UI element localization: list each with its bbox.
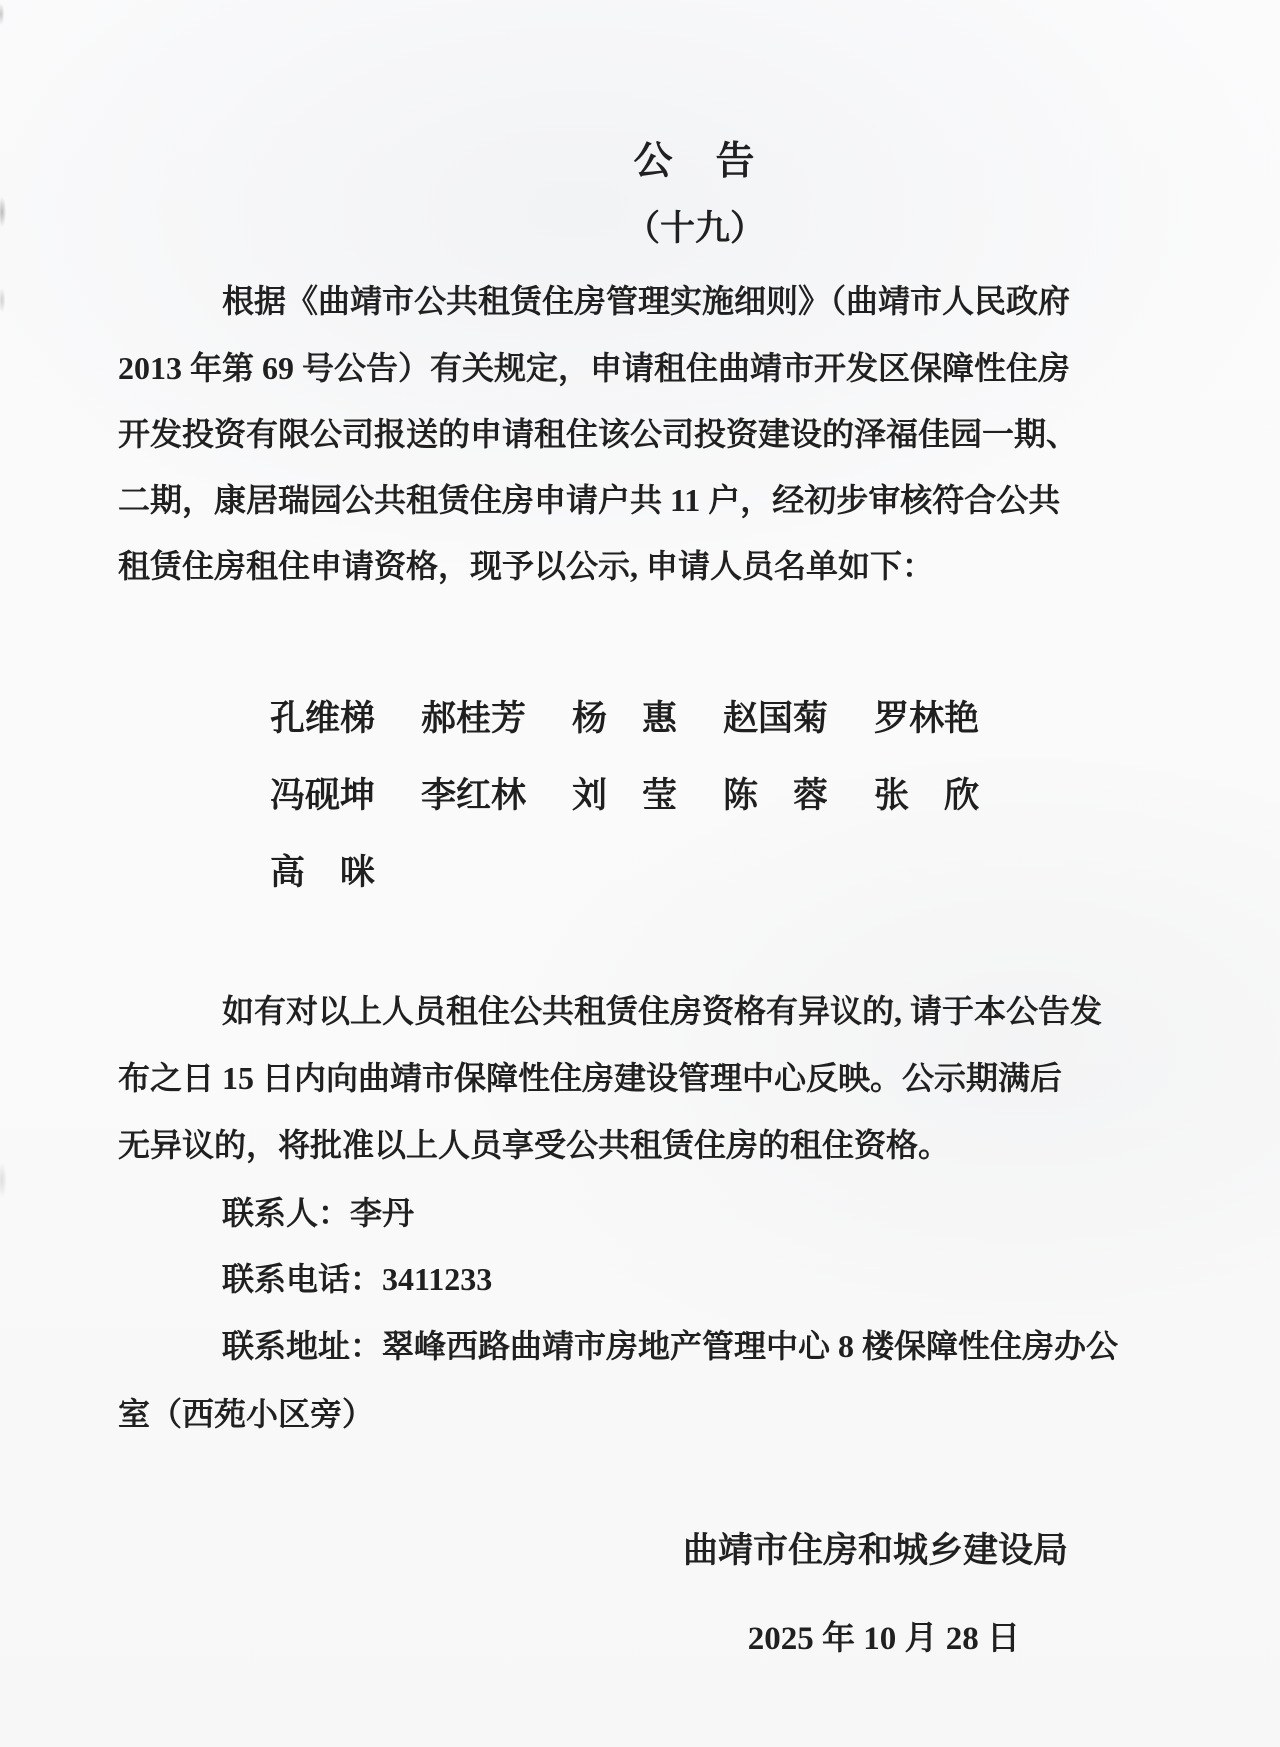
applicant-row-2: 冯砚坤李红林刘 莹陈 蓉张 欣 <box>270 768 1025 818</box>
objection-paragraph-line-3: 无异议的，将批准以上人员享受公共租赁住房的租住资格。 <box>118 1120 950 1166</box>
contact-phone: 联系电话：3411233 <box>222 1254 492 1300</box>
contact-address-line-1: 联系地址：翠峰西路曲靖市房地产管理中心 8 楼保障性住房办公 <box>222 1321 1118 1367</box>
intro-paragraph-line-5: 租赁住房租住申请资格，现予以公示, 申请人员名单如下： <box>118 541 934 587</box>
document-number: （十九） <box>0 201 1280 251</box>
objection-paragraph-line-1: 如有对以上人员租住公共租赁住房资格有异议的, 请于本公告发 <box>222 986 1102 1032</box>
applicant-row-1: 孔维梯郝桂芳杨 惠赵国菊罗林艳 <box>270 691 1025 741</box>
person-name: 刘 莹 <box>572 776 677 815</box>
document-title: 公 告 <box>0 130 1280 186</box>
person-name: 孔维梯 <box>270 699 375 738</box>
announcement-document: 公 告 （十九） 根据《曲靖市公共租赁住房管理实施细则》（曲靖市人民政府 201… <box>0 0 1280 1747</box>
person-name: 张 欣 <box>874 776 979 815</box>
contact-address-line-2: 室（西苑小区旁） <box>118 1389 374 1435</box>
issuing-organization: 曲靖市住房和城乡建设局 <box>683 1523 1068 1573</box>
person-name: 罗林艳 <box>874 699 979 738</box>
person-name: 郝桂芳 <box>421 699 526 738</box>
person-name: 杨 惠 <box>572 699 677 738</box>
intro-paragraph-line-3: 开发投资有限公司报送的申请租住该公司投资建设的泽福佳园一期、 <box>118 409 1078 455</box>
objection-paragraph-line-2: 布之日 15 日内向曲靖市保障性住房建设管理中心反映。公示期满后 <box>118 1053 1062 1099</box>
intro-paragraph-line-2: 2013 年第 69 号公告）有关规定，申请租住曲靖市开发区保障性住房 <box>118 343 1070 389</box>
person-name: 高 咪 <box>270 853 375 892</box>
person-name: 冯砚坤 <box>270 776 375 815</box>
intro-paragraph-line-1: 根据《曲靖市公共租赁住房管理实施细则》（曲靖市人民政府 <box>222 276 1070 322</box>
person-name: 李红林 <box>421 776 526 815</box>
contact-person: 联系人：李丹 <box>222 1188 414 1234</box>
person-name: 赵国菊 <box>723 699 828 738</box>
person-name: 陈 蓉 <box>723 776 828 815</box>
intro-paragraph-line-4: 二期，康居瑞园公共租赁住房申请户共 11 户，经初步审核符合公共 <box>118 475 1060 521</box>
issue-date: 2025 年 10 月 28 日 <box>748 1612 1020 1659</box>
applicant-row-3: 高 咪 <box>270 845 421 895</box>
